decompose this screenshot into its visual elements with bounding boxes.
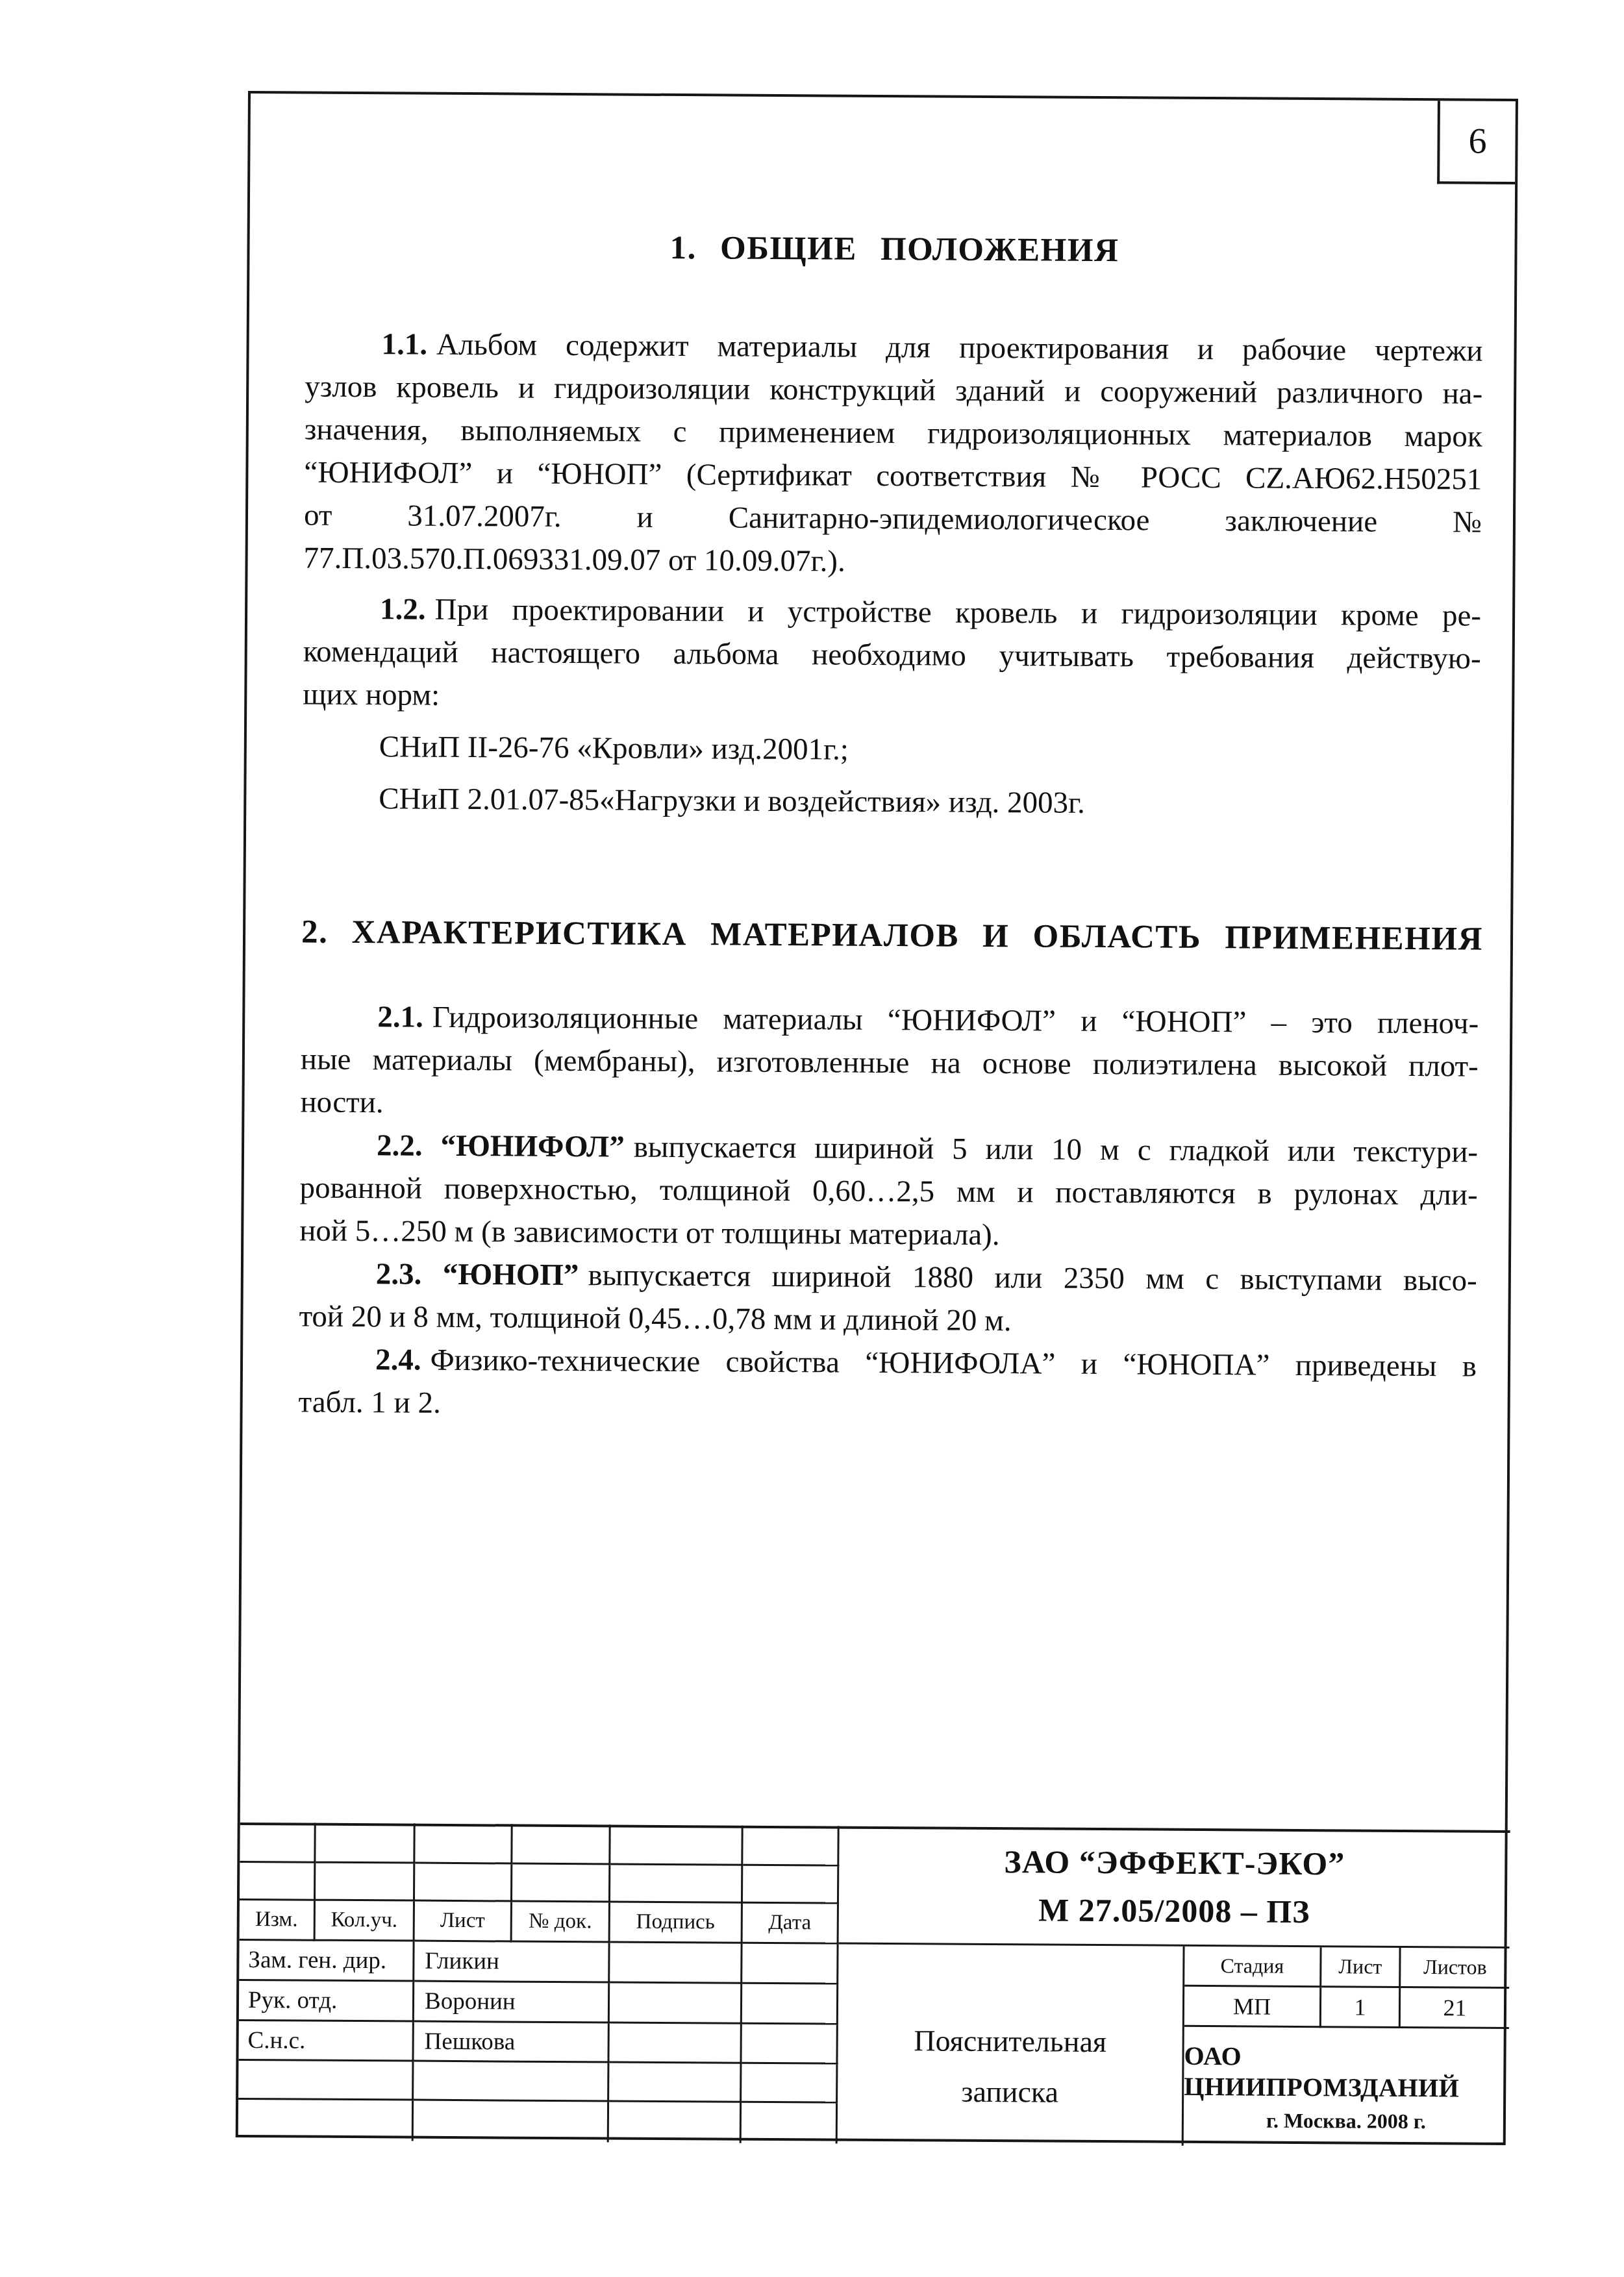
text-line: 77.П.03.570.П.069331.09.07 от 10.09.07г.…	[303, 537, 1481, 587]
column-header-podpis: Подпись	[610, 1902, 743, 1943]
sheet-value: 1	[1321, 1987, 1401, 2028]
title-block-cell	[609, 2102, 742, 2143]
title-block-cell	[742, 2103, 838, 2144]
column-header-koluch: Кол.уч.	[316, 1901, 415, 1942]
title-block-cell	[238, 2061, 414, 2101]
page-number: 6	[1468, 120, 1486, 162]
text-line: 2.4.Физико-технические свойства “ЮНИФОЛА…	[299, 1338, 1477, 1388]
paragraph-1-2: 1.2.При проектировании и устройстве кров…	[303, 588, 1481, 723]
document-title-cell: Пояснительная записка	[838, 1945, 1185, 2146]
signer-role: Рук. отд.	[239, 1981, 414, 2022]
column-header-ndok: № док.	[512, 1902, 610, 1943]
text-line: 2.3. “ЮНОП”выпускается шириной 1880 или …	[299, 1252, 1477, 1302]
text-line: той 20 и 8 мм, толщиной 0,45…0,78 мм и д…	[299, 1295, 1477, 1345]
signature-cell	[610, 1983, 742, 2024]
signature-cell	[610, 1943, 742, 1984]
paragraph-number: 1.2.	[380, 592, 426, 626]
text-run: Альбом содержит материалы для проектиров…	[436, 328, 1483, 368]
signer-name: Гликин	[414, 1942, 610, 1984]
section-2-heading: 2. ХАРАКТЕРИСТИКА МАТЕРИАЛОВ И ОБЛАСТЬ П…	[301, 914, 1479, 966]
paragraph-number: 1.1.	[381, 327, 427, 361]
stage-value: МП	[1184, 1987, 1321, 2028]
text-line: 2.1.Гидроизоляционные материалы “ЮНИФОЛ”…	[301, 995, 1479, 1045]
text-line: ной 5…250 м (в зависимости от толщины ма…	[299, 1210, 1477, 1260]
date-cell	[742, 2024, 838, 2065]
document-code: М 27.05/2008 – ПЗ	[1038, 1885, 1310, 1935]
paragraph-number: 2.2. “ЮНИФОЛ”	[377, 1128, 625, 1163]
paragraph-number: 2.3. “ЮНОП”	[376, 1257, 579, 1292]
title-block-cell	[414, 2062, 609, 2102]
text-line: от 31.07.2007г. и Санитарно-эпидемиологи…	[304, 494, 1482, 544]
title-block-cell	[743, 1866, 839, 1904]
signer-name: Воронин	[414, 1982, 610, 2024]
column-header-izm: Изм.	[240, 1900, 316, 1941]
paragraph-number: 2.4.	[375, 1343, 421, 1376]
title-block-cell	[512, 1824, 610, 1865]
signature-cell	[609, 2023, 742, 2063]
date-cell	[742, 1984, 838, 2025]
company-city-year: г. Москва. 2008 г.	[1266, 2109, 1426, 2134]
company-cell: ОАО ЦНИИПРОМЗДАНИЙ г. Москва. 2008 г.	[1184, 2027, 1509, 2148]
document-title-line: Пояснительная	[914, 2015, 1106, 2067]
title-block-cell	[610, 1824, 743, 1865]
text-line: 2.2. “ЮНИФОЛ”выпускается шириной 5 или 1…	[300, 1124, 1478, 1174]
text-line: узлов кровель и гидроизоляции конструкци…	[305, 366, 1482, 416]
title-block-cell	[316, 1863, 415, 1902]
document-code-cell: ЗАО “ЭФФЕКТ-ЭКО” М 27.05/2008 – ПЗ	[839, 1826, 1510, 1948]
page-number-box: 6	[1437, 101, 1516, 184]
text-run: выпускается шириной 1880 или 2350 мм с в…	[588, 1258, 1477, 1297]
organization-line: ЗАО “ЭФФЕКТ-ЭКО”	[1004, 1837, 1345, 1887]
title-block-cell	[414, 2101, 609, 2143]
text-line: рованной поверхностью, толщиной 0,60…2,5…	[299, 1167, 1477, 1217]
section-1-heading: 1. ОБЩИЕ ПОЛОЖЕНИЯ	[305, 227, 1483, 280]
title-block-cell	[512, 1865, 610, 1903]
sheets-label: Листов	[1401, 1948, 1509, 1989]
text-run: Гидроизоляционные материалы “ЮНИФОЛ” и “…	[432, 1001, 1479, 1041]
title-block-cell	[240, 1863, 316, 1901]
signer-role: С.н.с.	[238, 2021, 414, 2062]
text-line: ные материалы (мембраны), изготовленные …	[301, 1038, 1479, 1088]
title-block-cell	[609, 2063, 742, 2102]
date-cell	[742, 1944, 838, 1985]
sheets-value: 21	[1401, 1988, 1509, 2029]
norm-item: СНиП II-26-76 «Кровли» изд.2001г.;	[303, 721, 1480, 780]
stage-label: Стадия	[1184, 1947, 1321, 1987]
title-block-cell	[610, 1865, 743, 1903]
text-line: значения, выполняемых с применением гидр…	[305, 408, 1482, 458]
text-line: щих норм:	[303, 673, 1480, 723]
norms-list: СНиП II-26-76 «Кровли» изд.2001г.; СНиП …	[302, 721, 1480, 832]
title-block-cell	[415, 1864, 512, 1902]
column-header-data: Дата	[743, 1904, 839, 1945]
text-line: табл. 1 и 2.	[298, 1381, 1476, 1431]
title-block-cell	[415, 1824, 512, 1865]
text-line: 1.2.При проектировании и устройстве кров…	[303, 588, 1481, 638]
text-run: При проектировании и устройстве кровель …	[434, 593, 1481, 633]
text-line: “ЮНИФОЛ” и “ЮНОП” (Сертификат соответств…	[304, 451, 1482, 501]
title-block-cell	[238, 2100, 414, 2141]
section-2-body: 2.1.Гидроизоляционные материалы “ЮНИФОЛ”…	[298, 995, 1479, 1431]
signer-role: Зам. ген. дир.	[239, 1941, 414, 1982]
norm-item: СНиП 2.01.07-85«Нагрузки и воздействия» …	[302, 773, 1480, 832]
page-frame: 6 1. ОБЩИЕ ПОЛОЖЕНИЯ 1.1.Альбом содержит…	[236, 91, 1518, 2145]
document-title-line: записка	[961, 2066, 1058, 2117]
text-line: ности.	[300, 1081, 1478, 1131]
text-line: 1.1.Альбом содержит материалы для проект…	[305, 323, 1482, 373]
title-block: Изм. Кол.уч. Лист № док. Подпись Дата За…	[238, 1823, 1510, 2148]
text-run: выпускается шириной 5 или 10 м с гладкой…	[634, 1130, 1479, 1169]
text-run: Физико-технические свойства “ЮНИФОЛА” и …	[430, 1343, 1477, 1384]
title-block-cell	[743, 1826, 839, 1867]
paragraph-number: 2.1.	[377, 1000, 423, 1034]
title-block-cell	[742, 2064, 838, 2104]
company-name: ОАО ЦНИИПРОМЗДАНИЙ	[1184, 2041, 1509, 2104]
sheet-label: Лист	[1321, 1947, 1401, 1988]
signer-name: Пешкова	[414, 2022, 609, 2063]
paragraph-1-1: 1.1.Альбом содержит материалы для проект…	[303, 323, 1482, 587]
text-line: комендаций настоящего альбома необходимо…	[303, 630, 1481, 680]
column-header-list: Лист	[415, 1902, 512, 1943]
title-block-cell	[240, 1823, 316, 1863]
title-block-cell	[316, 1823, 415, 1864]
